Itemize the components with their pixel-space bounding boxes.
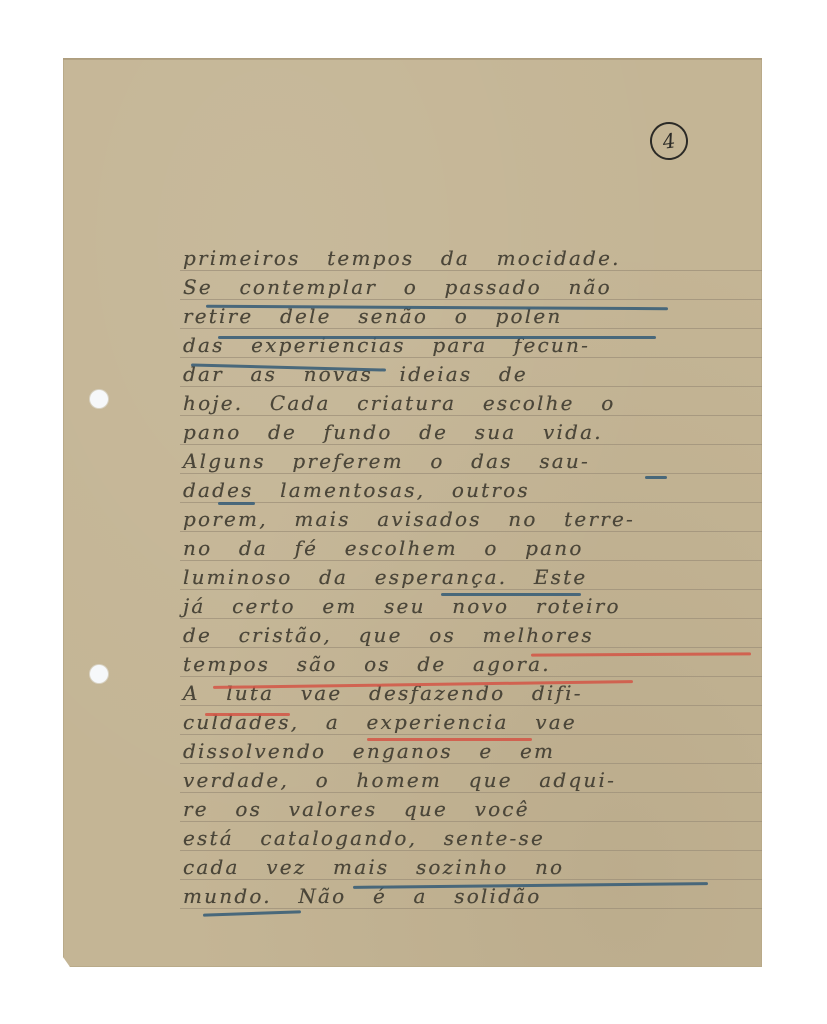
handwritten-line: primeiros tempos da mocidade.: [183, 244, 763, 273]
blue-underline: [203, 910, 301, 916]
blue-underline: [218, 502, 255, 505]
blue-underline: [645, 476, 667, 479]
page-number: 4: [661, 128, 677, 154]
handwritten-line: dar as novas ideias de: [183, 360, 763, 389]
handwritten-line: de cristão, que os melhores: [183, 621, 763, 650]
handwritten-line: porem, mais avisados no terre-: [183, 505, 763, 534]
handwritten-line: dissolvendo enganos e em: [183, 737, 763, 766]
manuscript-page: 4 primeiros tempos da mocidade. Se conte…: [63, 58, 762, 967]
blue-underline: [441, 593, 581, 596]
handwritten-line: hoje. Cada criatura escolhe o: [183, 389, 763, 418]
red-underline: [367, 738, 532, 741]
handwritten-line: já certo em seu novo roteiro: [183, 592, 763, 621]
page-number-circle: 4: [648, 120, 691, 163]
handwritten-line: está catalogando, sente-se: [183, 824, 763, 853]
handwritten-line: pano de fundo de sua vida.: [183, 418, 763, 447]
paper-top-edge: [63, 58, 762, 60]
handwritten-line: verdade, o homem que adqui-: [183, 766, 763, 795]
handwritten-line: dades lamentosas, outros: [183, 476, 763, 505]
handwritten-line: cada vez mais sozinho no: [183, 853, 763, 882]
handwritten-line: Se contemplar o passado não: [183, 273, 763, 302]
punch-hole-upper: [90, 390, 108, 408]
handwritten-line: no da fé escolhem o pano: [183, 534, 763, 563]
red-underline: [205, 713, 290, 716]
blue-underline: [218, 336, 656, 339]
handwritten-line: Alguns preferem o das sau-: [183, 447, 763, 476]
handwritten-line: luminoso da esperança. Este: [183, 563, 763, 592]
handwritten-line: re os valores que você: [183, 795, 763, 824]
punch-hole-lower: [90, 665, 108, 683]
